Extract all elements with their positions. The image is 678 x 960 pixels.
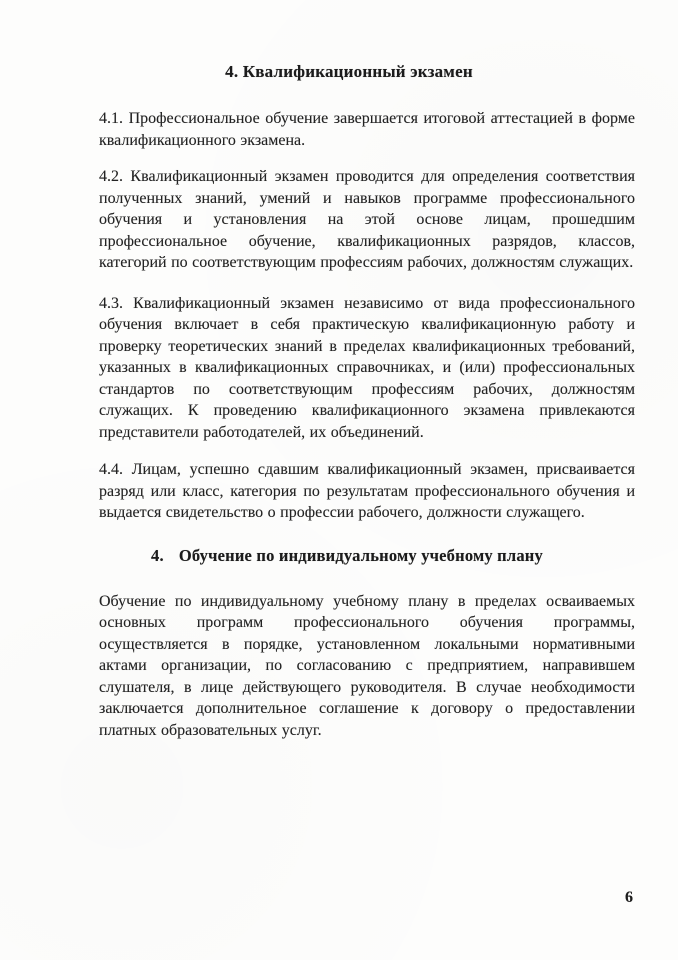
paragraph-4-1: 4.1. Профессиональное обучение завершает… <box>99 108 635 151</box>
paragraph-4-2: 4.2. Квалификационный экзамен проводится… <box>99 166 635 274</box>
page-number: 6 <box>625 889 633 907</box>
paragraph-4-3: 4.3. Квалификационный экзамен независимо… <box>99 293 635 444</box>
section-heading-individual-plan: 4.Обучение по индивидуальному учебному п… <box>79 544 615 568</box>
heading-label: Обучение по индивидуальному учебному пла… <box>179 546 543 565</box>
paragraph-4-4: 4.4. Лицам, успешно сдавшим квалификацио… <box>99 459 635 524</box>
scanned-document-page: 4. Квалификационный экзамен 4.1. Професс… <box>0 0 678 960</box>
heading-number: 4. <box>151 546 164 565</box>
document-text-block: 4. Квалификационный экзамен 4.1. Професс… <box>99 0 635 741</box>
section-heading-qualification-exam: 4. Квалификационный экзамен <box>81 60 617 84</box>
paragraph-individual-plan: Обучение по индивидуальному учебному пла… <box>99 591 635 742</box>
